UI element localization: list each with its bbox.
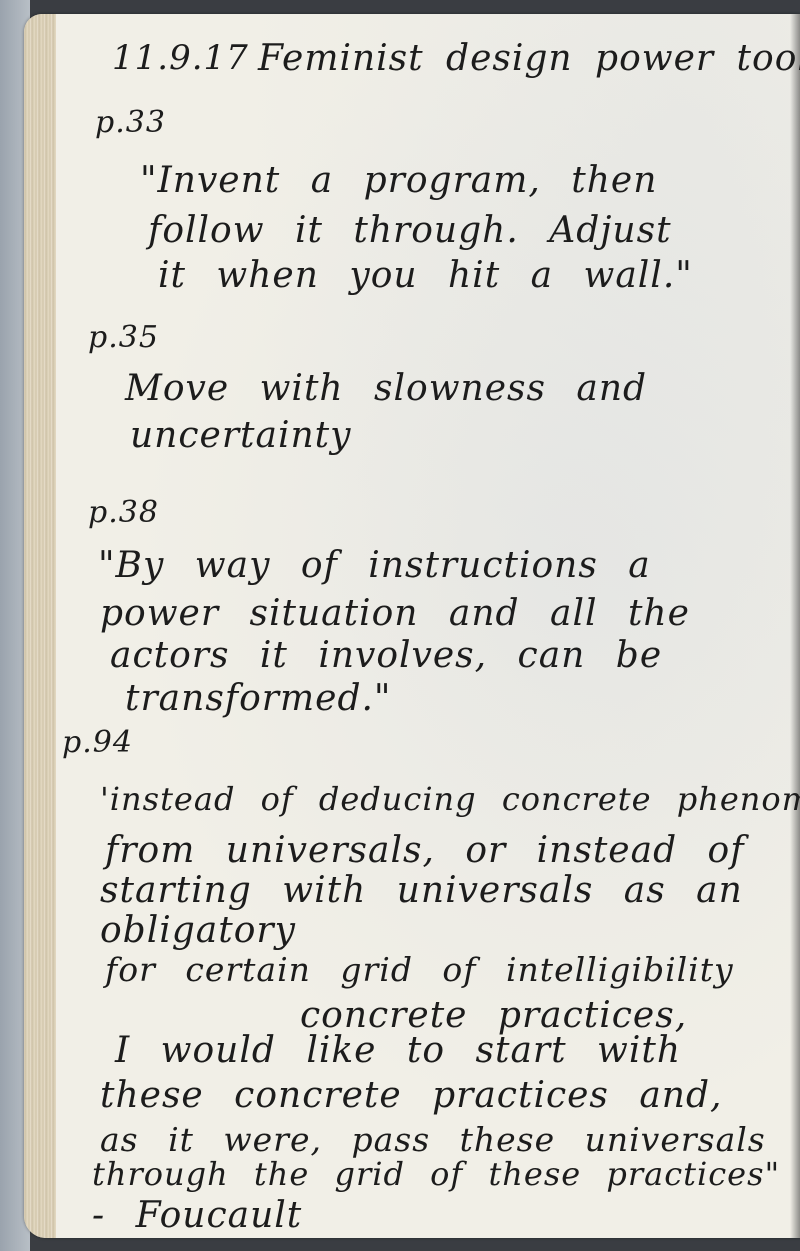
- note-line: starting with universals as an: [100, 870, 743, 911]
- note-line: "By way of instructions a: [98, 545, 651, 586]
- note-line: I would like to start with: [115, 1030, 681, 1071]
- page-reference: p.38: [88, 495, 159, 530]
- note-line: it when you hit a wall.": [158, 255, 693, 296]
- note-line: power situation and all the: [100, 593, 690, 634]
- note-line: through the grid of these practices": [92, 1155, 780, 1193]
- note-line: "Invent a program, then: [140, 160, 657, 201]
- note-line: follow it through. Adjust: [148, 210, 672, 251]
- page-reference: p.35: [88, 320, 159, 355]
- note-line: actors it involves, can be: [110, 635, 662, 676]
- page-title: Feminist design power tool: [258, 38, 800, 79]
- note-line: obligatory: [100, 910, 296, 951]
- note-line: transformed.": [125, 678, 392, 719]
- note-line: Move with slowness and: [125, 368, 647, 409]
- note-line: for certain grid of intelligibility: [105, 950, 734, 989]
- note-line: these concrete practices and,: [100, 1075, 722, 1116]
- page-reference: p.33: [95, 105, 166, 140]
- note-attribution: - Foucault: [92, 1195, 302, 1236]
- page-reference: p.94: [62, 725, 133, 760]
- entry-date: 11.9.17: [112, 38, 249, 78]
- note-line: 'instead of deducing concrete phenomena: [100, 780, 800, 818]
- page-shadow: [790, 14, 800, 1238]
- note-line: from universals, or instead of: [105, 830, 745, 871]
- note-line: uncertainty: [130, 415, 351, 456]
- page-edges: [24, 14, 57, 1238]
- note-line: as it were, pass these universals: [100, 1120, 766, 1159]
